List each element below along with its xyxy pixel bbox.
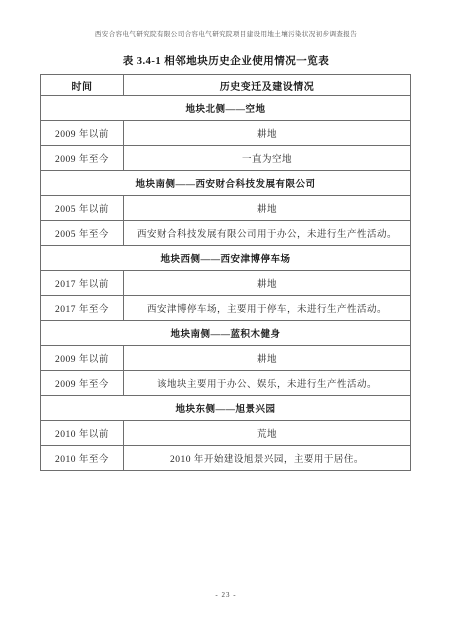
section-header-label: 地块南侧——蓝积木健身 xyxy=(41,321,411,346)
history-cell: 一直为空地 xyxy=(124,146,411,171)
page-number: - 23 - xyxy=(0,591,452,599)
history-cell: 西安财合科技发展有限公司用于办公，未进行生产性活动。 xyxy=(124,221,411,246)
history-cell: 耕地 xyxy=(124,271,411,296)
time-cell: 2010 年以前 xyxy=(41,421,124,446)
table-row: 2009 年以前 耕地 xyxy=(41,121,411,146)
time-cell: 2010 年至今 xyxy=(41,446,124,471)
time-cell: 2009 年至今 xyxy=(41,371,124,396)
column-header-history: 历史变迁及建设情况 xyxy=(124,75,411,96)
table-row: 2010 年以前 荒地 xyxy=(41,421,411,446)
table-row: 2009 年至今 该地块主要用于办公、娱乐，未进行生产性活动。 xyxy=(41,371,411,396)
history-cell: 荒地 xyxy=(124,421,411,446)
table-row: 2017 年至今 西安津博停车场，主要用于停车，未进行生产性活动。 xyxy=(41,296,411,321)
history-cell: 2010 年开始建设旭景兴园，主要用于居住。 xyxy=(124,446,411,471)
section-header-south-tech: 地块南侧——西安财合科技发展有限公司 xyxy=(41,171,411,196)
section-header-south-gym: 地块南侧——蓝积木健身 xyxy=(41,321,411,346)
table-row: 2009 年至今 一直为空地 xyxy=(41,146,411,171)
section-header-label: 地块西侧——西安津博停车场 xyxy=(41,246,411,271)
history-cell: 西安津博停车场，主要用于停车，未进行生产性活动。 xyxy=(124,296,411,321)
time-cell: 2009 年以前 xyxy=(41,346,124,371)
history-cell: 耕地 xyxy=(124,196,411,221)
section-header-label: 地块北侧——空地 xyxy=(41,96,411,121)
time-cell: 2005 年至今 xyxy=(41,221,124,246)
column-header-time: 时间 xyxy=(41,75,124,96)
time-cell: 2017 年至今 xyxy=(41,296,124,321)
table-row: 2005 年至今 西安财合科技发展有限公司用于办公，未进行生产性活动。 xyxy=(41,221,411,246)
table-header-row: 时间 历史变迁及建设情况 xyxy=(41,75,411,96)
section-header-north: 地块北侧——空地 xyxy=(41,96,411,121)
time-cell: 2005 年以前 xyxy=(41,196,124,221)
history-cell: 该地块主要用于办公、娱乐，未进行生产性活动。 xyxy=(124,371,411,396)
table-title: 表 3.4-1 相邻地块历史企业使用情况一览表 xyxy=(0,53,452,68)
history-cell: 耕地 xyxy=(124,346,411,371)
section-header-label: 地块东侧——旭景兴园 xyxy=(41,396,411,421)
table-row: 2017 年以前 耕地 xyxy=(41,271,411,296)
table-row: 2009 年以前 耕地 xyxy=(41,346,411,371)
section-header-label: 地块南侧——西安财合科技发展有限公司 xyxy=(41,171,411,196)
time-cell: 2009 年至今 xyxy=(41,146,124,171)
history-cell: 耕地 xyxy=(124,121,411,146)
document-running-header: 西安合容电气研究院有限公司合容电气研究院项目建设用地土壤污染状况初步调查报告 xyxy=(0,29,452,38)
time-cell: 2017 年以前 xyxy=(41,271,124,296)
section-header-west: 地块西侧——西安津博停车场 xyxy=(41,246,411,271)
table-row: 2010 年至今 2010 年开始建设旭景兴园，主要用于居住。 xyxy=(41,446,411,471)
history-table: 时间 历史变迁及建设情况 地块北侧——空地 2009 年以前 耕地 2009 年… xyxy=(40,74,411,471)
table-row: 2005 年以前 耕地 xyxy=(41,196,411,221)
time-cell: 2009 年以前 xyxy=(41,121,124,146)
section-header-east: 地块东侧——旭景兴园 xyxy=(41,396,411,421)
